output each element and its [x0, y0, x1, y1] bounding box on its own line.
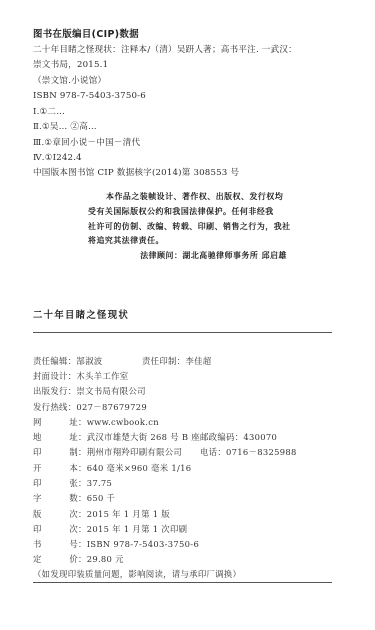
cip-line: 二十年目睹之怪现状：注释本/（清）吴趼人著；高书平注. 一武汉： [33, 45, 297, 56]
colophon-hotline: 发行热线：027－87679729 [33, 402, 147, 413]
print-supervisor-label: 责任印制 [142, 356, 177, 366]
colophon-editor: 责任编辑：郜淑波 [33, 356, 102, 367]
copyright-notice-line: 将追究其法律责任。 [88, 235, 288, 246]
word-count-value: 650 千 [87, 493, 116, 503]
copyright-notice-line: 社许可的仿制、改编、转载、印刷、销售之行为，我社 [88, 221, 288, 232]
isbn-value: ISBN 978-7-5403-3750-6 [87, 539, 199, 549]
colophon-word-count: 字数：650 千 [33, 493, 115, 504]
colophon-sheets: 印张：37.75 [33, 478, 112, 489]
cover-design-label: 封面设计 [33, 371, 68, 381]
colophon-isbn: 书号：ISBN 978-7-5403-3750-6 [33, 539, 199, 550]
price-value: 29.80 元 [87, 554, 124, 564]
copyright-notice-line: 本作品之装帧设计、著作权、出版权、发行权均 [106, 191, 306, 202]
editor-value: 郜淑波 [76, 356, 102, 366]
legal-advisor: 法律顾问：湖北高驰律师事务所 邱启雄 [140, 250, 287, 261]
hotline-label: 发行热线 [33, 402, 68, 412]
publisher-label: 出版发行 [33, 386, 68, 396]
phone-value: 0716－8325988 [226, 447, 297, 457]
editor-label: 责任编辑 [33, 356, 68, 366]
cip-line: Ⅳ.①I242.4 [33, 153, 82, 164]
website-value: www.cwbook.cn [87, 417, 159, 427]
colophon-format: 开本：640 毫米×960 毫米 1/16 [33, 463, 191, 474]
cip-line: ISBN 978-7-5403-3750-6 [33, 91, 146, 102]
sheets-value: 37.75 [87, 478, 112, 488]
colophon-website: 网址：www.cwbook.cn [33, 417, 159, 428]
top-divider [33, 332, 332, 333]
colophon-print-supervisor: 责任印制：李佳超 [142, 356, 211, 367]
edition-value: 2015 年 1 月第 1 版 [87, 509, 170, 519]
copyright-notice-line: 受有关国际版权公约和我国法律保护。任何非经我 [88, 206, 288, 217]
cip-heading: 图书在版编目(CIP)数据 [33, 29, 139, 40]
cip-line: 中国版本图书馆 CIP 数据核字(2014)第 308553 号 [33, 168, 239, 179]
hotline-value: 027－87679729 [76, 402, 147, 412]
colophon-phone: 电话：0716－8325988 [200, 447, 297, 458]
address-value: 武汉市雄楚大街 268 号 B 座 [87, 432, 200, 442]
postcode-value: 430070 [243, 432, 277, 442]
copyright-page: 图书在版编目(CIP)数据 二十年目睹之怪现状：注释本/（清）吴趼人著；高书平注… [0, 0, 375, 630]
colophon-publisher: 出版发行：崇文书局有限公司 [33, 386, 146, 397]
colophon-printing: 印次：2015 年 1 月第 1 次印刷 [33, 524, 187, 535]
cip-line: Ⅱ.①吴… ②高… [33, 122, 97, 133]
cover-design-value: 木头羊工作室 [76, 371, 128, 381]
colophon-printer: 印制：荆州市翔羚印刷有限公司 [33, 447, 182, 458]
colophon-postcode: 邮政编码：430070 [200, 432, 277, 443]
cip-line: Ⅲ.①章回小说－中国－清代 [33, 138, 140, 149]
printing-value: 2015 年 1 月第 1 次印刷 [87, 524, 188, 534]
cip-line: 崇文书局，2015.1 [33, 60, 108, 71]
publisher-value: 崇文书局有限公司 [76, 386, 145, 396]
colophon-price: 定价：29.80 元 [33, 554, 124, 565]
colophon-cover-design: 封面设计：木头羊工作室 [33, 371, 128, 382]
cip-line: （崇文馆.小说馆） [33, 76, 106, 87]
format-value: 640 毫米×960 毫米 1/16 [87, 463, 192, 473]
bottom-divider [33, 582, 332, 583]
colophon-address: 地址：武汉市雄楚大街 268 号 B 座 [33, 432, 200, 443]
colophon-note: （如发现印装质量问题，影响阅读，请与承印厂调换） [33, 569, 241, 580]
printer-value: 荆州市翔羚印刷有限公司 [87, 447, 182, 457]
book-title: 二十年目睹之怪现状 [33, 307, 129, 321]
print-supervisor-value: 李佳超 [185, 356, 211, 366]
colophon-edition: 版次：2015 年 1 月第 1 版 [33, 509, 170, 520]
cip-line: Ⅰ.①二… [33, 107, 65, 118]
